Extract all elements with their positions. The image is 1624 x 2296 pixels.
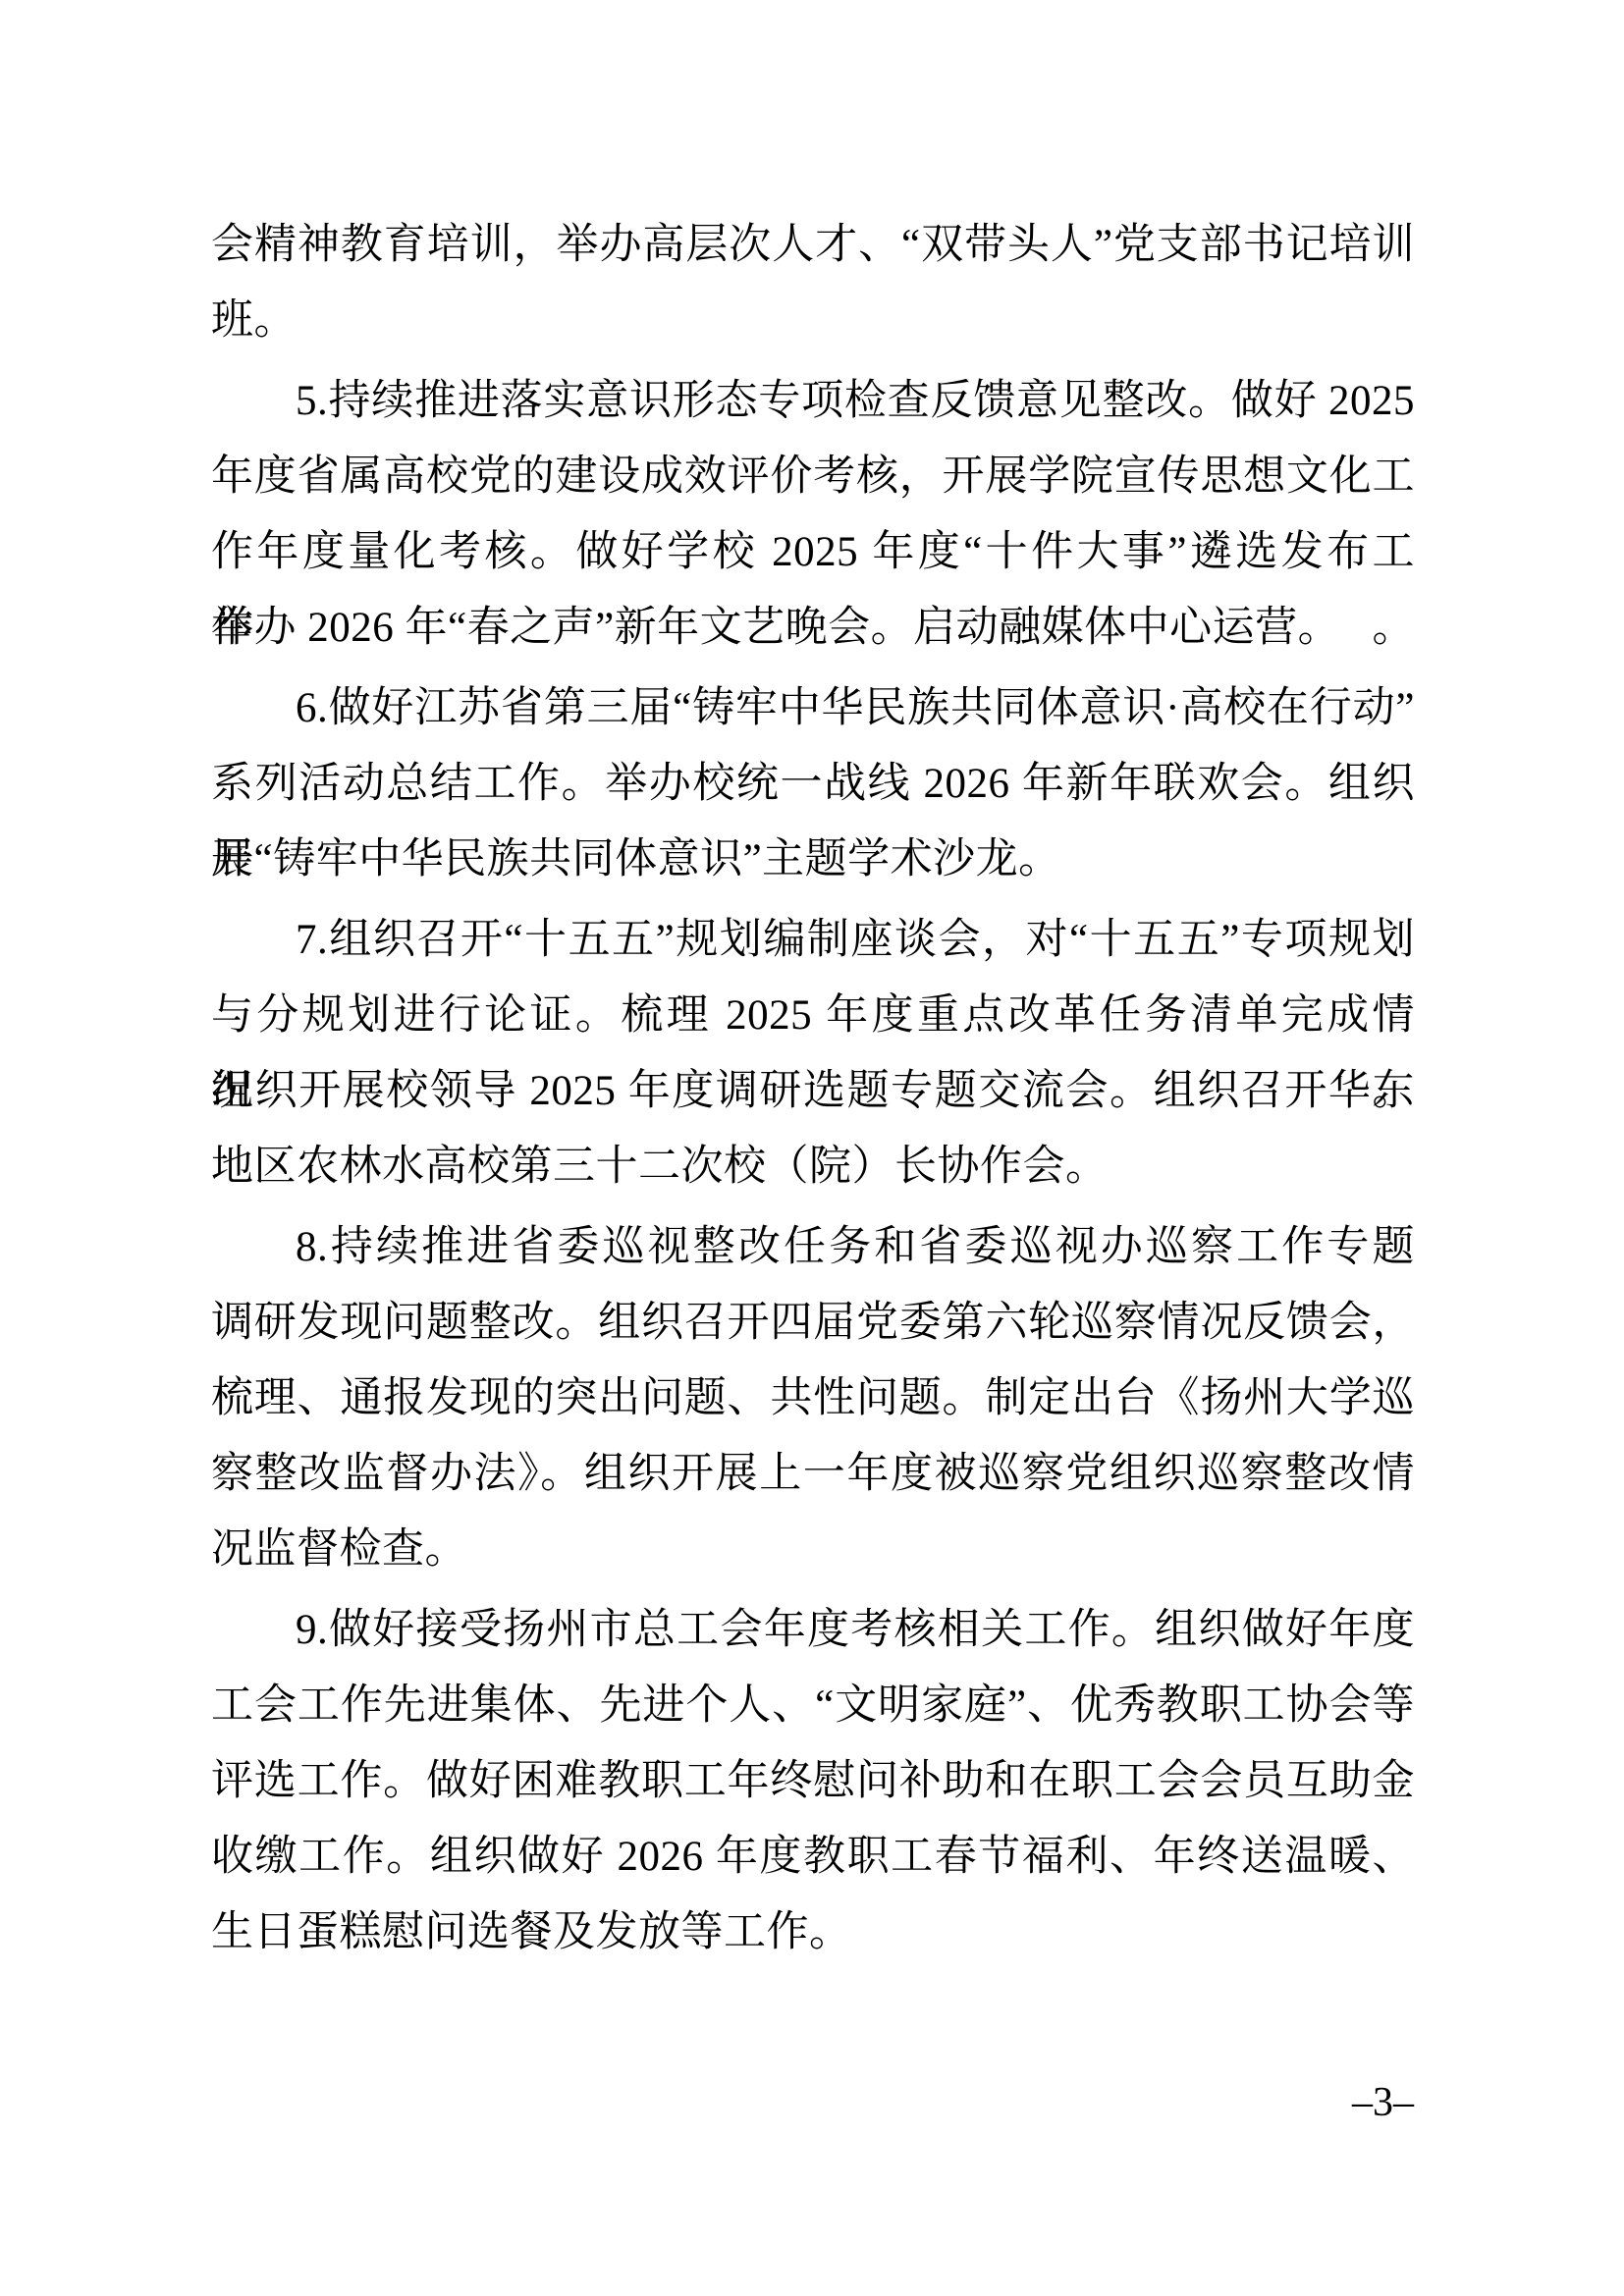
paragraph-line: 况监督检查。: [211, 1512, 1415, 1587]
paragraph-line: 展“铸牢中华民族共同体意识”主题学术沙龙。: [211, 822, 1415, 897]
paragraph-line: 5.持续推进落实意识形态专项检查反馈意见整改。做好 2025: [211, 363, 1415, 439]
paragraph-line: 作年度量化考核。做好学校 2025 年度“十件大事”遴选发布工作。: [211, 514, 1415, 590]
paragraph-line: 9.做好接受扬州市总工会年度考核相关工作。组织做好年度: [211, 1592, 1415, 1668]
paragraph-line: 察整改监督办法》。组织开展上一年度被巡察党组织巡察整改情: [211, 1436, 1415, 1512]
paragraph-line: 会精神教育培训，举办高层次人才、“双带头人”党支部书记培训: [211, 207, 1415, 283]
paragraph-line: 8.持续推进省委巡视整改任务和省委巡视办巡察工作专题: [211, 1209, 1415, 1285]
paragraph-line: 收缴工作。组织做好 2026 年度教职工春节福利、年终送温暖、: [211, 1819, 1415, 1895]
paragraph-8: 8.持续推进省委巡视整改任务和省委巡视办巡察工作专题调研发现问题整改。组织召开四…: [211, 1209, 1415, 1587]
paragraph-line: 生日蛋糕慰问选餐及发放等工作。: [211, 1895, 1415, 1970]
paragraph-line: 组织开展校领导 2025 年度调研选题专题交流会。组织召开华东: [211, 1053, 1415, 1129]
paragraph-line: 年度省属高校党的建设成效评价考核，开展学院宣传思想文化工: [211, 439, 1415, 514]
page-number: –3–: [1352, 2080, 1414, 2125]
paragraph-5: 5.持续推进落实意识形态专项检查反馈意见整改。做好 2025年度省属高校党的建设…: [211, 363, 1415, 666]
paragraph-6: 6.做好江苏省第三届“铸牢中华民族共同体意识·高校在行动”系列活动总结工作。举办…: [211, 670, 1415, 897]
paragraph-line: 地区农林水高校第三十二次校（院）长协作会。: [211, 1129, 1415, 1204]
paragraph-line: 梳理、通报发现的突出问题、共性问题。制定出台《扬州大学巡: [211, 1361, 1415, 1436]
paragraph-9: 9.做好接受扬州市总工会年度考核相关工作。组织做好年度工会工作先进集体、先进个人…: [211, 1592, 1415, 1970]
paragraph-line: 工会工作先进集体、先进个人、“文明家庭”、优秀教职工协会等: [211, 1668, 1415, 1743]
paragraph-line: 举办 2026 年“春之声”新年文艺晚会。启动融媒体中心运营。: [211, 590, 1415, 666]
paragraph-4-continuation: 会精神教育培训，举办高层次人才、“双带头人”党支部书记培训班。: [211, 207, 1415, 358]
paragraph-line: 6.做好江苏省第三届“铸牢中华民族共同体意识·高校在行动”: [211, 670, 1415, 746]
paragraph-line: 调研发现问题整改。组织召开四届党委第六轮巡察情况反馈会，: [211, 1285, 1415, 1361]
paragraph-line: 系列活动总结工作。举办校统一战线 2026 年新年联欢会。组织开: [211, 746, 1415, 822]
document-body: 会精神教育培训，举办高层次人才、“双带头人”党支部书记培训班。5.持续推进落实意…: [211, 207, 1415, 1970]
paragraph-line: 与分规划进行论证。梳理 2025 年度重点改革任务清单完成情况。: [211, 978, 1415, 1053]
paragraph-7: 7.组织召开“十五五”规划编制座谈会，对“十五五”专项规划与分规划进行论证。梳理…: [211, 902, 1415, 1204]
paragraph-line: 7.组织召开“十五五”规划编制座谈会，对“十五五”专项规划: [211, 902, 1415, 978]
document-page: 会精神教育培训，举办高层次人才、“双带头人”党支部书记培训班。5.持续推进落实意…: [0, 0, 1624, 2296]
paragraph-line: 班。: [211, 283, 1415, 358]
paragraph-line: 评选工作。做好困难教职工年终慰问补助和在职工会会员互助金: [211, 1743, 1415, 1819]
